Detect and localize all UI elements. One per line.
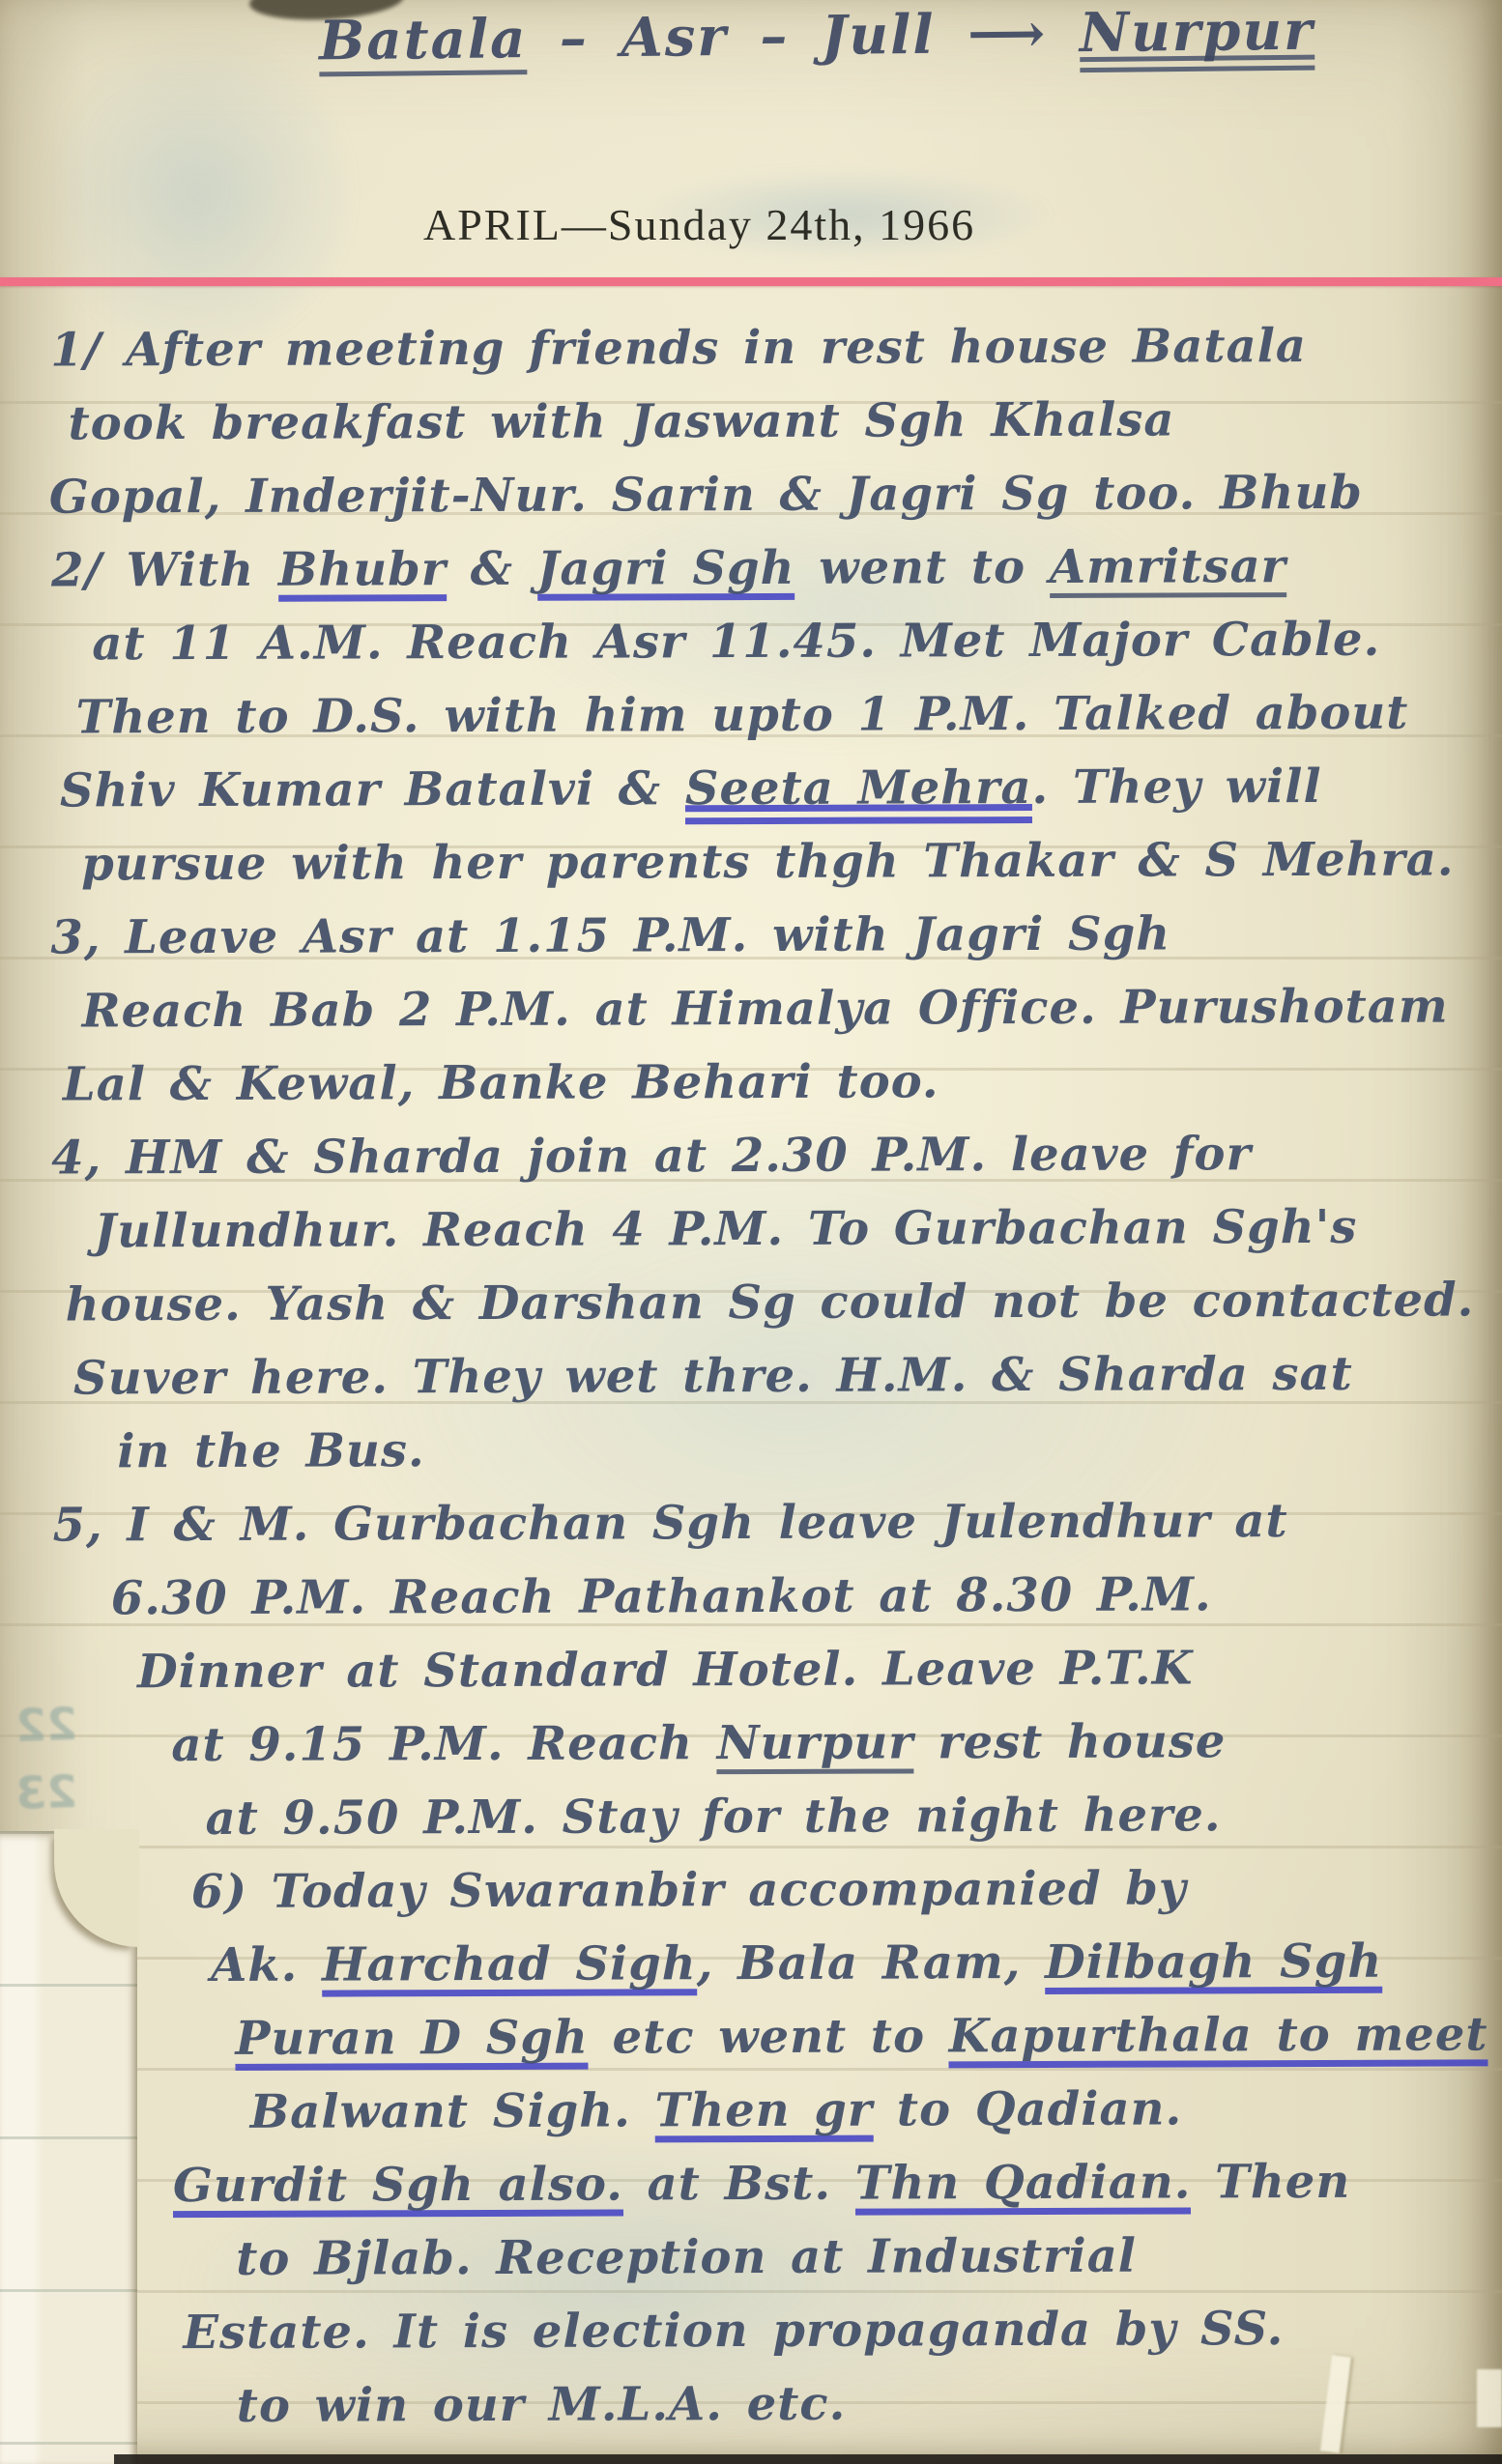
- handwritten-line: at 11 A.M. Reach Asr 11.45. Met Major Ca…: [22, 602, 1493, 680]
- printed-date-header: APRIL—Sunday 24th, 1966: [423, 199, 975, 250]
- handwritten-line: 3, Leave Asr at 1.15 P.M. with Jagri Sgh: [23, 896, 1494, 974]
- handwritten-segment: Then gr: [654, 2083, 873, 2143]
- handwritten-segment: , Bala Ram,: [697, 1935, 1046, 1991]
- handwritten-segment: Thn Qadian.: [855, 2155, 1192, 2215]
- handwritten-segment: Seeta Mehra: [685, 760, 1032, 824]
- handwritten-segment: – Asr – Jull: [527, 2, 968, 71]
- handwritten-segment: ⟶: [968, 1, 1080, 66]
- handwritten-segment: Reach Bab 2 P.M. at Himalya Office. Puru…: [82, 980, 1449, 1039]
- handwritten-segment: 5, I & M. Gurbachan Sgh leave Julendhur …: [52, 1494, 1287, 1552]
- handwritten-segment: took breakfast with Jaswant Sgh Khalsa: [68, 392, 1174, 450]
- handwritten-segment: to Bjlab. Reception at Industrial: [236, 2229, 1137, 2286]
- handwritten-line: Reach Bab 2 P.M. at Himalya Office. Puru…: [24, 969, 1495, 1047]
- ink-bleedthrough: [39, 29, 358, 358]
- handwritten-line: Then to D.S. with him upto 1 P.M. Talked…: [22, 675, 1493, 754]
- scan-bottom-edge: [114, 2454, 1502, 2464]
- handwritten-segment: Then to D.S. with him upto 1 P.M. Talked…: [76, 686, 1409, 745]
- handwritten-line: 1/ After meeting friends in rest house B…: [21, 308, 1492, 387]
- handwritten-segment: pursue with her parents thgh Thakar & S …: [81, 832, 1455, 891]
- handwritten-segment: rest house: [913, 1714, 1226, 1769]
- handwritten-line: Shiv Kumar Batalvi & Seeta Mehra. They w…: [23, 749, 1494, 827]
- bleedthrough-page-number: 23: [14, 1765, 78, 1819]
- handwritten-line: Dinner at Standard Hotel. Leave P.T.K: [26, 1630, 1497, 1708]
- handwritten-line: house. Yash & Darshan Sg could not be co…: [25, 1263, 1496, 1341]
- handwritten-segment: Suver here. They wet thre. H.M. & Sharda…: [73, 1347, 1353, 1406]
- handwritten-segment: at 9.15 P.M. Reach: [171, 1716, 717, 1772]
- paper-nick: [1477, 2369, 1502, 2427]
- handwritten-segment: Dilbagh Sgh: [1045, 1934, 1382, 1994]
- handwritten-segment: Jagri Sgh: [537, 541, 795, 601]
- handwritten-segment: house. Yash & Darshan Sg could not be co…: [66, 1273, 1475, 1332]
- handwritten-segment: 3, Leave Asr at 1.15 P.M. with Jagri Sgh: [50, 907, 1170, 965]
- handwritten-segment: in the Bus.: [117, 1423, 425, 1478]
- handwritten-line: at 9.15 P.M. Reach Nurpur rest house: [26, 1704, 1497, 1782]
- handwritten-line: in the Bus.: [25, 1410, 1496, 1488]
- handwritten-segment: Lal & Kewal, Banke Behari too.: [63, 1054, 939, 1111]
- handwritten-segment: Then: [1191, 2155, 1350, 2210]
- handwritten-line: Ak. Harchad Sigh, Bala Ram, Dilbagh Sgh: [27, 1924, 1498, 2002]
- handwritten-line: to win our M.L.A. etc.: [29, 2364, 1500, 2443]
- handwritten-segment: Gurdit Sgh also.: [173, 2158, 623, 2219]
- handwritten-segment: . They will: [1031, 759, 1321, 815]
- handwritten-segment: Gopal, Inderjit-Nur. Sarin & Jagri Sg to…: [49, 466, 1363, 525]
- handwritten-segment: Puran D Sgh: [235, 2011, 589, 2071]
- handwritten-segment: Bhubr: [278, 542, 447, 602]
- handwritten-segment: 6) Today Swaranbir accompanied by: [191, 1861, 1187, 1919]
- handwritten-line: 6) Today Swaranbir accompanied by: [27, 1850, 1498, 1929]
- handwritten-line: Balwant Sigh. Then gr to Qadian.: [28, 2071, 1499, 2149]
- handwritten-segment: went to: [794, 540, 1049, 595]
- handwritten-line: Jullundhur. Reach 4 P.M. To Gurbachan Sg…: [24, 1189, 1495, 1268]
- handwritten-segment: etc went to: [589, 2009, 949, 2064]
- handwritten-line: Gurdit Sgh also. at Bst. Thn Qadian. The…: [28, 2144, 1499, 2222]
- handwritten-route-note: Batala – Asr – Jull ⟶ Nurpur: [319, 0, 1314, 72]
- handwritten-segment: 4, HM & Sharda join at 2.30 P.M. leave f…: [51, 1127, 1252, 1185]
- handwritten-segment: Dinner at Standard Hotel. Leave P.T.K: [137, 1641, 1194, 1699]
- handwritten-line: Gopal, Inderjit-Nur. Sarin & Jagri Sg to…: [22, 455, 1493, 533]
- bleedthrough-page-number: 22: [14, 1698, 78, 1752]
- handwritten-segment: 6.30 P.M. Reach Pathankot at 8.30 P.M.: [111, 1567, 1212, 1625]
- handwritten-line: Lal & Kewal, Banke Behari too.: [24, 1043, 1495, 1121]
- handwritten-segment: Balwant Sigh.: [250, 2083, 655, 2138]
- handwritten-line: 2/ With Bhubr & Jagri Sgh went to Amrits…: [22, 529, 1493, 607]
- handwritten-segment: Estate. It is election propaganda by SS.: [183, 2302, 1284, 2360]
- handwritten-line: took breakfast with Jaswant Sgh Khalsa: [21, 382, 1492, 460]
- handwritten-line: 5, I & M. Gurbachan Sgh leave Julendhur …: [25, 1483, 1496, 1561]
- handwritten-segment: Kapurthala to meet: [949, 2007, 1488, 2068]
- handwritten-line: pursue with her parents thgh Thakar & S …: [23, 822, 1494, 901]
- handwritten-line: 4, HM & Sharda join at 2.30 P.M. leave f…: [24, 1116, 1495, 1194]
- handwritten-entries: 1/ After meeting friends in rest house B…: [21, 308, 1500, 2443]
- handwritten-segment: Harchad Sigh: [322, 1936, 697, 1996]
- handwritten-segment: 2/ With: [51, 543, 278, 598]
- handwritten-segment: Nurpur: [1079, 0, 1314, 72]
- handwritten-segment: at 11 A.M. Reach Asr 11.45. Met Major Ca…: [92, 613, 1380, 672]
- handwritten-line: to Bjlab. Reception at Industrial: [28, 2218, 1499, 2296]
- handwritten-segment: at Bst.: [623, 2157, 855, 2212]
- handwritten-line: Estate. It is election propaganda by SS.: [28, 2291, 1499, 2369]
- handwritten-line: 6.30 P.M. Reach Pathankot at 8.30 P.M.: [26, 1557, 1497, 1635]
- handwritten-line: Suver here. They wet thre. H.M. & Sharda…: [25, 1336, 1496, 1415]
- handwritten-segment: &: [447, 542, 537, 596]
- handwritten-segment: Batala: [319, 7, 528, 76]
- handwritten-line: Puran D Sgh etc went to Kapurthala to me…: [27, 1997, 1498, 2076]
- handwritten-segment: at 9.50 P.M. Stay for the night here.: [205, 1788, 1221, 1846]
- handwritten-segment: to Qadian.: [873, 2081, 1182, 2136]
- handwritten-segment: Shiv Kumar Batalvi &: [60, 761, 685, 817]
- handwritten-segment: Ak.: [211, 1938, 322, 1992]
- handwritten-segment: Jullundhur. Reach 4 P.M. To Gurbachan Sg…: [94, 1200, 1357, 1259]
- diary-page-scan: Batala – Asr – Jull ⟶ Nurpur APRIL—Sunda…: [0, 0, 1502, 2464]
- handwritten-segment: Amritsar: [1050, 539, 1286, 598]
- pink-divider-line: [0, 277, 1502, 286]
- handwritten-line: at 9.50 P.M. Stay for the night here.: [26, 1777, 1497, 1855]
- handwritten-segment: 1/ After meeting friends in rest house B…: [50, 319, 1307, 378]
- handwritten-segment: to win our M.L.A. etc.: [237, 2377, 847, 2433]
- handwritten-segment: Nurpur: [717, 1715, 914, 1774]
